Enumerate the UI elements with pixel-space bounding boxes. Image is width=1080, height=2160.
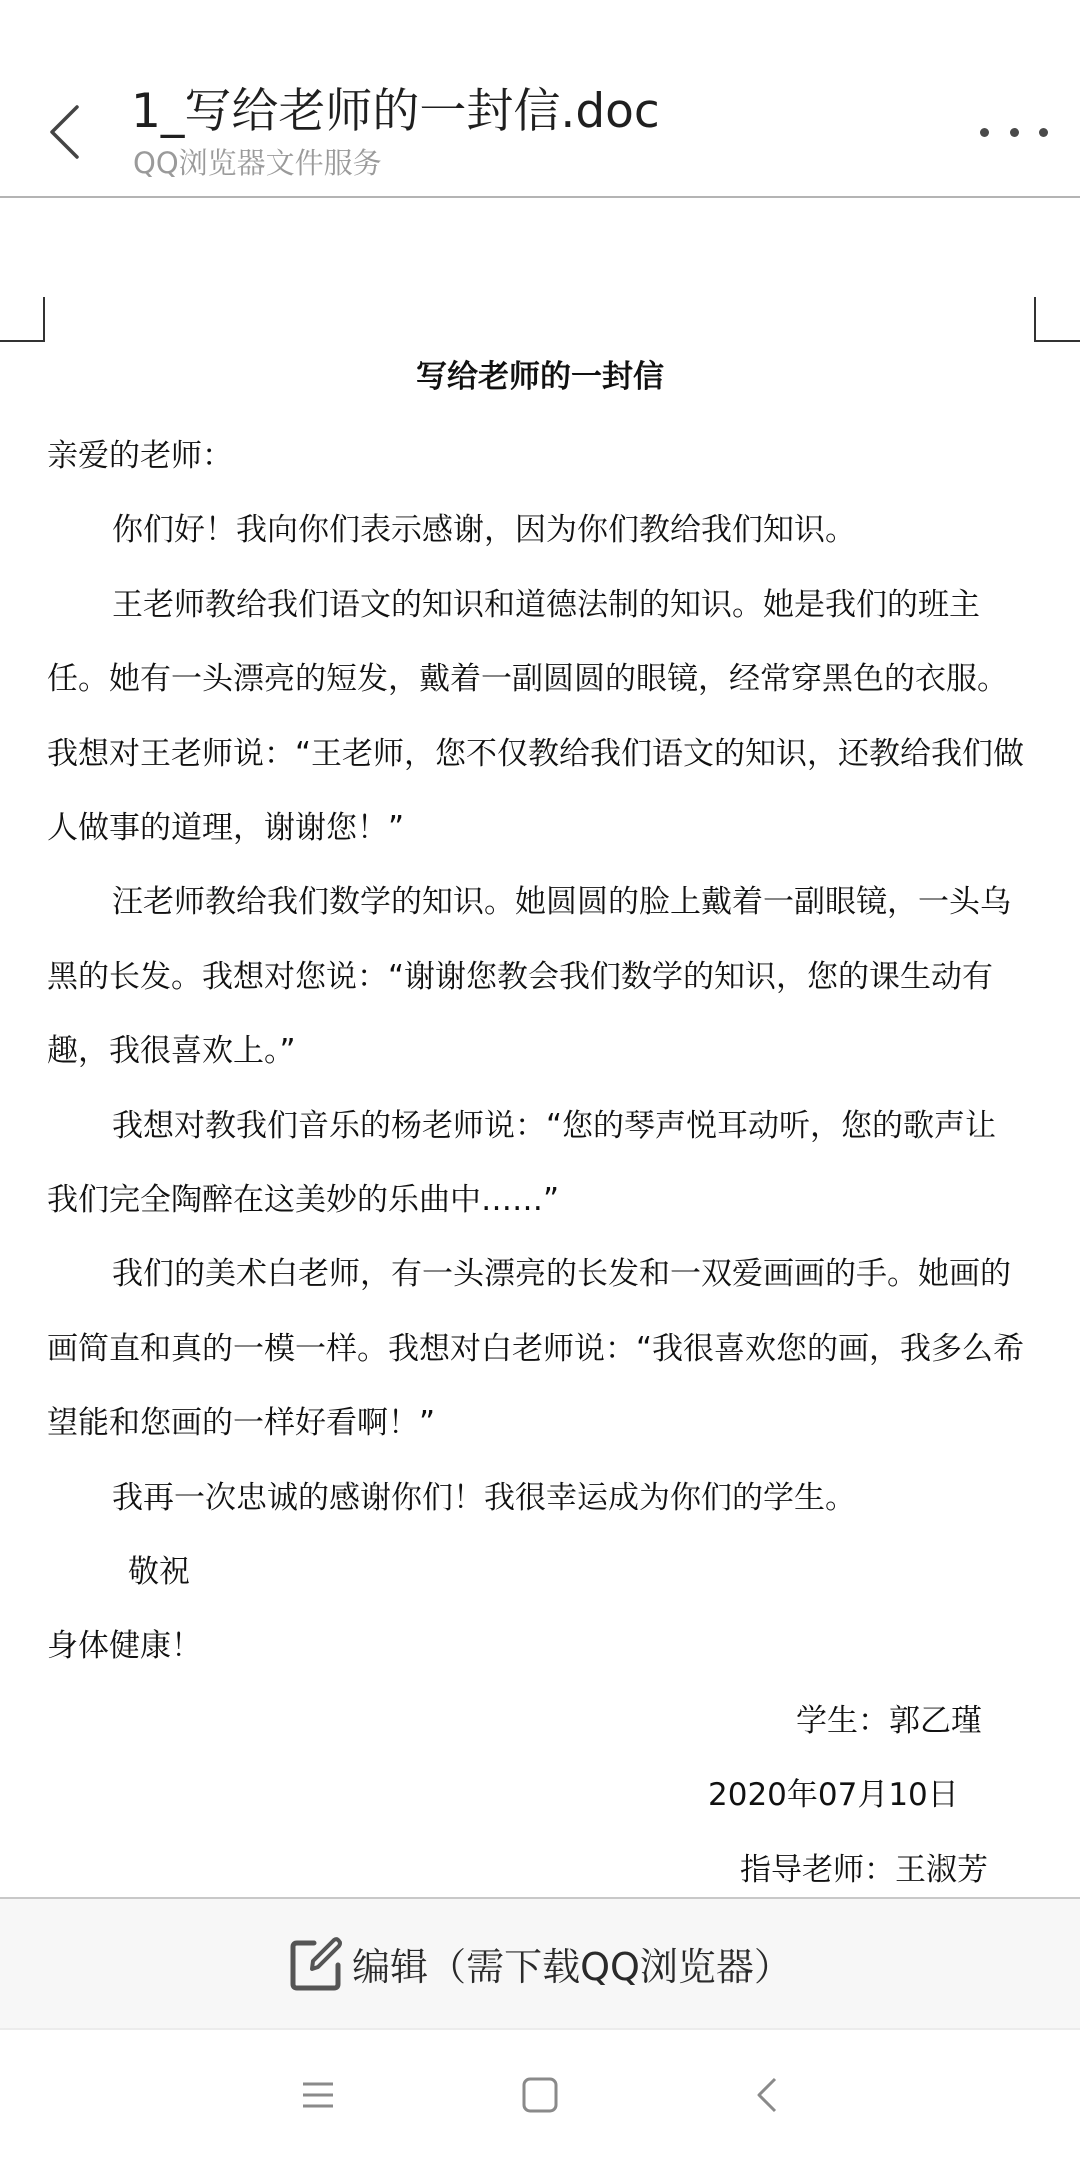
paragraph-line: 黑的长发。我想对您说：“谢谢您教会我们数学的知识，您的课生动有 bbox=[47, 959, 993, 995]
more-dot-icon bbox=[980, 128, 989, 137]
edit-label: 编辑（需下载QQ浏览器） bbox=[352, 1936, 792, 1991]
signature-teacher: 指导老师：王淑芳 bbox=[740, 1852, 988, 1888]
home-square-icon bbox=[522, 2077, 558, 2113]
paragraph-line: 趣，我很喜欢上。” bbox=[47, 1033, 296, 1069]
paragraph-line: 王老师教给我们语文的知识和道德法制的知识。她是我们的班主 bbox=[112, 587, 980, 623]
paragraph-line: 人做事的道理，谢谢您！” bbox=[47, 810, 404, 846]
signature-date: 2020年07月10日 bbox=[708, 1777, 959, 1813]
system-nav-bar bbox=[0, 2030, 1080, 2160]
more-dot-icon bbox=[1039, 128, 1048, 137]
paragraph-line: 你们好！我向你们表示感谢，因为你们教给我们知识。 bbox=[112, 512, 856, 548]
more-options-button[interactable] bbox=[980, 115, 1048, 149]
signature-student: 学生：郭乙瑾 bbox=[796, 1703, 982, 1739]
closing-line: 敬祝 bbox=[128, 1554, 190, 1590]
page-corner-mark-left bbox=[0, 297, 45, 342]
document-title: 写给老师的一封信 bbox=[0, 357, 1080, 397]
back-chevron-icon bbox=[756, 2077, 778, 2113]
edit-icon bbox=[288, 1935, 346, 1993]
paragraph-line: 我想对教我们音乐的杨老师说：“您的琴声悦耳动听，您的歌声让 bbox=[112, 1108, 996, 1144]
paragraph-line: 我们的美术白老师，有一头漂亮的长发和一双爱画画的手。她画的 bbox=[112, 1256, 1011, 1292]
menu-icon bbox=[302, 2081, 334, 2109]
chevron-left-icon bbox=[40, 95, 90, 165]
paragraph-line: 画简直和真的一模一样。我想对白老师说：“我很喜欢您的画，我多么希 bbox=[47, 1331, 1024, 1367]
paragraph-line: 望能和您画的一样好看啊！” bbox=[47, 1405, 435, 1441]
salutation: 亲爱的老师： bbox=[47, 438, 233, 474]
file-source-subtitle: QQ浏览器文件服务 bbox=[133, 146, 382, 180]
closing-wish: 身体健康！ bbox=[47, 1628, 202, 1664]
back-button[interactable] bbox=[40, 95, 90, 165]
paragraph-line: 汪老师教给我们数学的知识。她圆圆的脸上戴着一副眼镜，一头乌 bbox=[112, 884, 1011, 920]
page-corner-mark-right bbox=[1034, 297, 1080, 342]
paragraph-line: 我们完全陶醉在这美妙的乐曲中……” bbox=[47, 1182, 559, 1218]
paragraph-line: 任。她有一头漂亮的短发，戴着一副圆圆的眼镜，经常穿黑色的衣服。 bbox=[47, 661, 1008, 697]
app-header: 1_写给老师的一封信.doc QQ浏览器文件服务 bbox=[0, 0, 1080, 197]
nav-menu-button[interactable] bbox=[278, 2032, 358, 2158]
document-viewer[interactable]: 写给老师的一封信 亲爱的老师： 你们好！我向你们表示感谢，因为你们教给我们知识。… bbox=[0, 198, 1080, 1897]
nav-home-button[interactable] bbox=[500, 2032, 580, 2158]
nav-back-button[interactable] bbox=[727, 2032, 807, 2158]
paragraph-line: 我再一次忠诚的感谢你们！我很幸运成为你们的学生。 bbox=[112, 1480, 856, 1516]
more-dot-icon bbox=[1010, 128, 1019, 137]
paragraph-line: 我想对王老师说：“王老师，您不仅教给我们语文的知识，还教给我们做 bbox=[47, 736, 1024, 772]
edit-button[interactable]: 编辑（需下载QQ浏览器） bbox=[0, 1897, 1080, 2030]
file-title: 1_写给老师的一封信.doc bbox=[131, 84, 660, 140]
